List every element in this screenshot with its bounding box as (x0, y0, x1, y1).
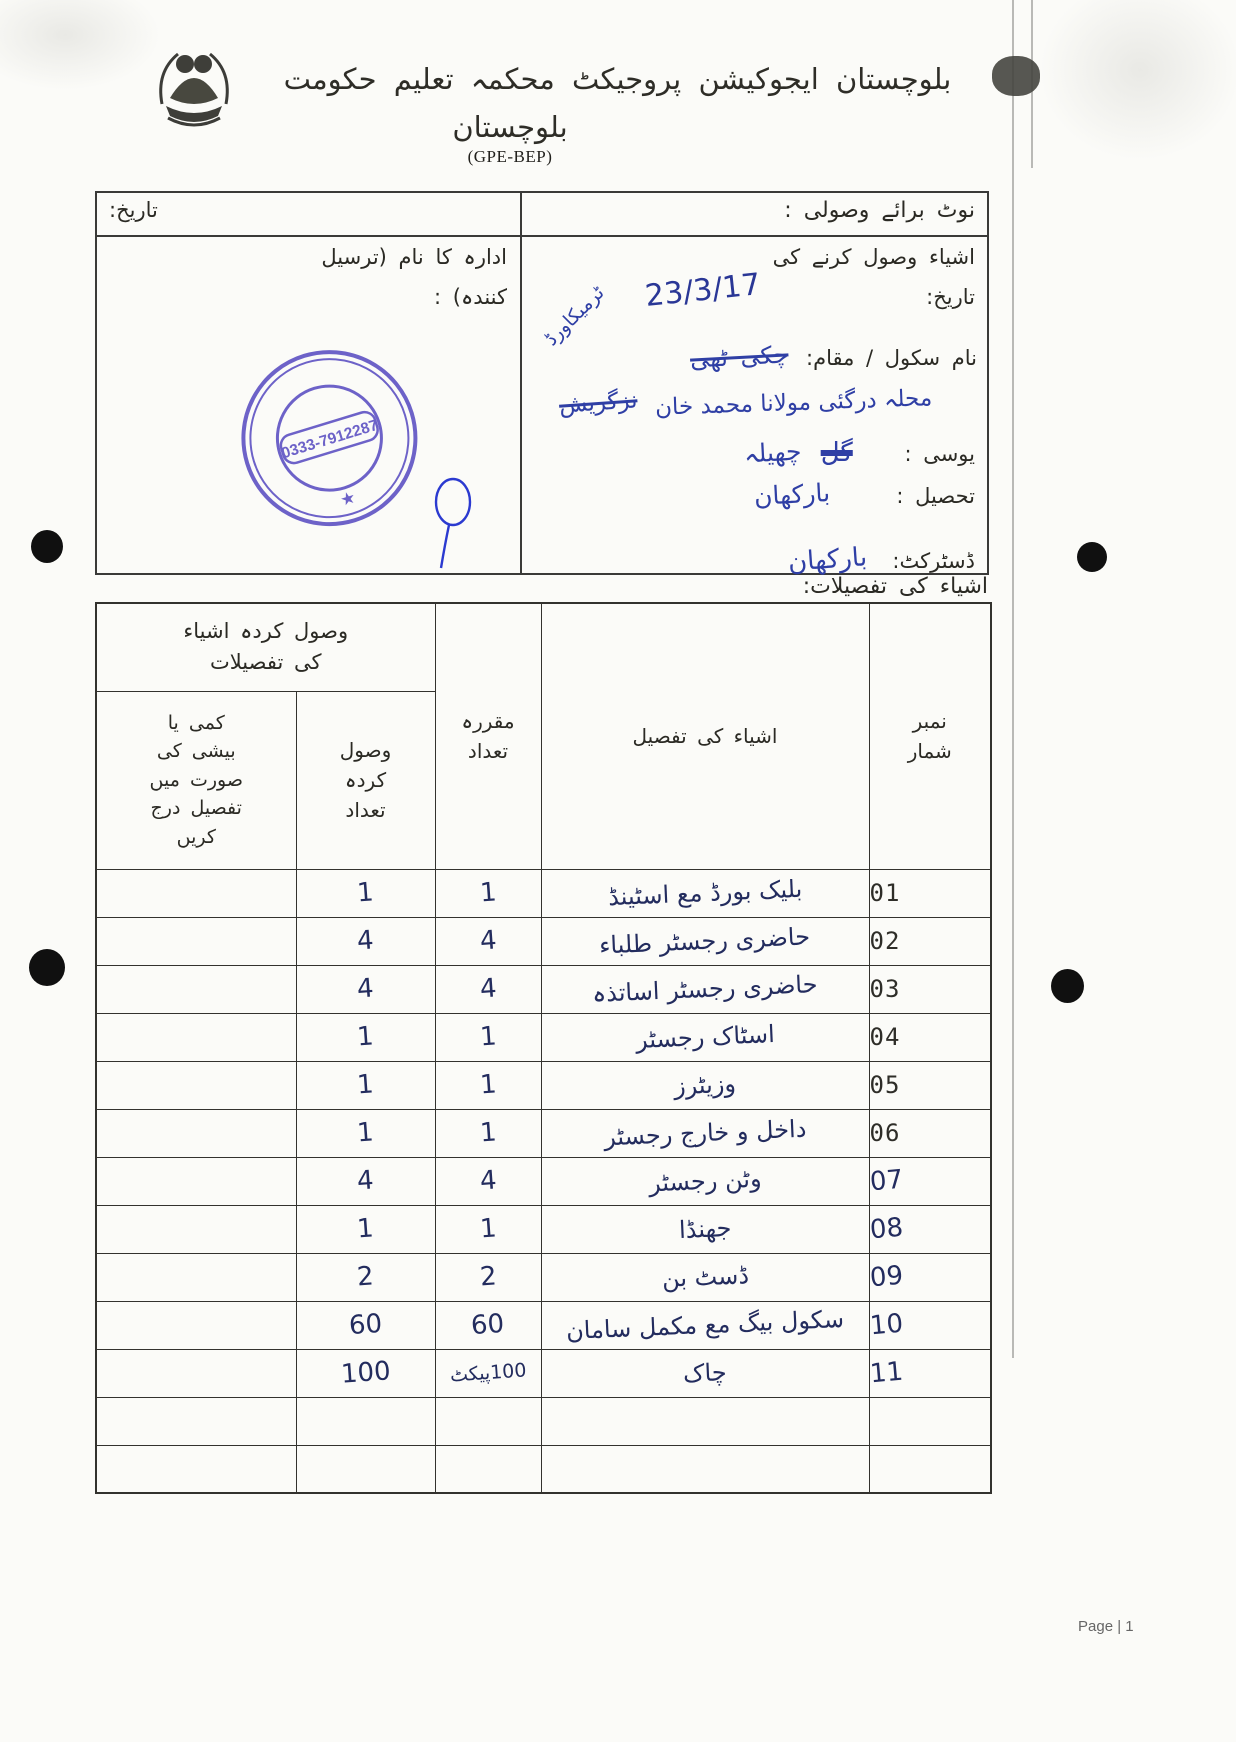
serial-cell (869, 1445, 991, 1493)
item-cell: حاضری رجسٹر اساتذہ (541, 965, 869, 1013)
remarks-cell (96, 917, 296, 965)
serial-cell: 06 (869, 1109, 991, 1157)
table-divider (520, 193, 522, 573)
punch-hole (29, 949, 65, 986)
fixed-qty-cell: 4 (435, 1157, 541, 1205)
pen-balloon-doodle (427, 476, 477, 575)
agency-label-line2: کنندہ) : (109, 285, 507, 309)
item-detail-header-cell: اشیاء کی تفصیل (541, 603, 869, 869)
table-divider (97, 235, 987, 237)
fixed-qty-handwriting: 1 (479, 1069, 498, 1100)
received-qty-cell: 2 (296, 1253, 435, 1301)
remarks-cell (96, 1301, 296, 1349)
item-handwriting: حاضری رجسٹر اساتذہ (592, 970, 819, 1008)
stamp-vendor-name: M. SADIQ & SONS (211, 357, 222, 383)
school-name-label: نام سکول / مقام: (806, 346, 977, 370)
received-qty-cell (296, 1445, 435, 1493)
received-qty-handwriting: 1 (356, 877, 375, 908)
fixed-qty-cell (435, 1397, 541, 1445)
table-row: 08 جھنڈا 1 1 (96, 1205, 991, 1253)
table-row: 03 حاضری رجسٹر اساتذہ 4 4 (96, 965, 991, 1013)
remarks-header-line3: صورت میں (97, 766, 296, 795)
remarks-cell (96, 1013, 296, 1061)
uc-label: یوسی : (904, 442, 975, 466)
received-qty-handwriting: 100 (340, 1356, 392, 1389)
table-row: 09 ڈسٹ بن 2 2 (96, 1253, 991, 1301)
fixed-qty-cell (435, 1445, 541, 1493)
serial-number-handwritten: 07 (868, 1165, 904, 1198)
table-row: 11 چاک 100پیکٹ 100 (96, 1349, 991, 1397)
fixed-qty-handwriting: 1 (479, 877, 498, 908)
item-cell: جھنڈا (541, 1205, 869, 1253)
item-cell: حاضری رجسٹر طلباء (541, 917, 869, 965)
received-qty-handwriting: 2 (356, 1261, 375, 1292)
fixed-qty-handwriting: 4 (479, 925, 498, 956)
scanned-receipt-document: بلوچستان ایجوکیشن پروجیکٹ محکمہ تعلیم حک… (0, 0, 1236, 1742)
serial-number: 02 (870, 927, 901, 955)
received-qty-cell: 1 (296, 1013, 435, 1061)
received-qty-handwriting: 1 (356, 1117, 375, 1148)
receive-date-handwritten: 23/3/17 (643, 267, 762, 314)
table-row: 07 وٹن رجسٹر 4 4 (96, 1157, 991, 1205)
scan-shading (1040, 0, 1236, 160)
item-cell: وٹن رجسٹر (541, 1157, 869, 1205)
receive-date-label-line2: تاریخ: (926, 285, 975, 309)
fixed-qty-cell: 1 (435, 1109, 541, 1157)
district-line: ڈسٹرکٹ: بارکھان (788, 545, 975, 575)
serial-cell: 04 (869, 1013, 991, 1061)
remarks-cell (96, 1445, 296, 1493)
received-qty-header-cell: وصول کردہ تعداد (296, 691, 435, 869)
district-label: ڈسٹرکٹ: (892, 549, 975, 573)
serial-number-handwritten: 10 (868, 1309, 904, 1342)
punch-hole (1077, 542, 1107, 572)
school-name-line: نام سکول / مقام: چکی ٹھی (690, 343, 977, 371)
item-handwriting: اسٹاک رجسٹر (635, 1020, 775, 1054)
serial-cell: 11 (869, 1349, 991, 1397)
receive-date-label-line1: اشیاء وصول کرنے کی (773, 245, 975, 269)
serial-cell: 05 (869, 1061, 991, 1109)
table-row (96, 1397, 991, 1445)
fixed-qty-header-cell: مقررہ تعداد (435, 603, 541, 869)
received-qty-cell: 1 (296, 869, 435, 917)
stamp-phone-number: 0333-7912287 (280, 417, 381, 462)
serial-cell: 08 (869, 1205, 991, 1253)
received-qty-cell: 1 (296, 1061, 435, 1109)
table-row: 01 بلیک بورڈ مع اسٹینڈ 1 1 (96, 869, 991, 917)
serial-cell: 07 (869, 1157, 991, 1205)
scan-shading (0, 0, 160, 90)
document-title-line1: بلوچستان ایجوکیشن پروجیکٹ محکمہ تعلیم حک… (225, 62, 1010, 96)
remarks-cell (96, 1349, 296, 1397)
received-items-group-header: وصول کردہ اشیاء کی تفصیلات (96, 603, 435, 691)
item-handwriting: ڈسٹ بن (661, 1261, 749, 1293)
fixed-qty-handwriting: 1 (479, 1021, 498, 1052)
remarks-cell (96, 1205, 296, 1253)
remarks-header-line4: تفصیل درج (97, 794, 296, 823)
fixed-qty-handwriting: 1 (479, 1213, 498, 1244)
school-name-crossed-handwriting: چکی ٹھی (689, 340, 789, 373)
remarks-cell (96, 869, 296, 917)
item-handwriting: سکول بیگ مع مکمل سامان (565, 1305, 844, 1345)
tehsil-label: تحصیل : (896, 484, 975, 508)
scan-edge-line (1012, 0, 1014, 1358)
serial-number: 05 (870, 1071, 901, 1099)
fixed-qty-handwriting: 100پیکٹ (449, 1359, 527, 1386)
serial-cell: 03 (869, 965, 991, 1013)
received-qty-cell: 4 (296, 917, 435, 965)
serial-number: 01 (870, 879, 901, 907)
date-label: تاریخ: (109, 198, 507, 222)
fixed-qty-cell: 1 (435, 1013, 541, 1061)
received-qty-cell: 1 (296, 1109, 435, 1157)
uc-crossed-scribble: گل (821, 438, 853, 468)
received-qty-handwriting: 4 (356, 1165, 375, 1196)
item-cell: داخل و خارج رجسٹر (541, 1109, 869, 1157)
group-header-line1: وصول کردہ اشیاء (97, 616, 435, 648)
receipt-info-table: نوٹ برائے وصولی : تاریخ: اشیاء وصول کرنے… (95, 191, 989, 575)
tehsil-value-handwriting: بارکھان (753, 478, 830, 511)
school-location-crossed: نزگریش (558, 387, 638, 418)
fixed-qty-cell: 4 (435, 965, 541, 1013)
serial-number: 04 (870, 1023, 901, 1051)
remarks-cell (96, 1253, 296, 1301)
diagonal-handwritten-note: ٹرمیکاورڈ (540, 282, 608, 350)
received-qty-cell: 4 (296, 1157, 435, 1205)
item-handwriting: بلیک بورڈ مع اسٹینڈ (607, 875, 802, 911)
serial-header-line1: نمبر (870, 706, 991, 736)
uc-value-handwriting: چھیلہ (743, 437, 802, 469)
items-details-section-title: اشیاء کی تفصیلات: (803, 574, 988, 599)
item-handwriting: وزیٹرز (673, 1070, 736, 1101)
serial-number-handwritten: 11 (868, 1357, 904, 1390)
serial-number-handwritten: 08 (868, 1213, 904, 1246)
fixed-qty-header-line2: تعداد (436, 736, 541, 766)
table-row: 04 اسٹاک رجسٹر 1 1 (96, 1013, 991, 1061)
item-cell: سکول بیگ مع مکمل سامان (541, 1301, 869, 1349)
item-handwriting: جھنڈا (678, 1214, 732, 1244)
item-cell: اسٹاک رجسٹر (541, 1013, 869, 1061)
remarks-cell (96, 965, 296, 1013)
project-acronym: (GPE-BEP) (300, 147, 720, 167)
serial-cell: 10 (869, 1301, 991, 1349)
table-row: 05 وزیٹرز 1 1 (96, 1061, 991, 1109)
fixed-qty-cell: 2 (435, 1253, 541, 1301)
remarks-header-line2: بیشی کی (97, 737, 296, 766)
svg-text:M. SADIQ & SONS: M. SADIQ & SONS (211, 357, 222, 383)
received-qty-handwriting: 1 (356, 1213, 375, 1244)
group-header-line2: کی تفصیلات (97, 647, 435, 679)
remarks-header-line1: کمی یا (97, 709, 296, 738)
item-handwriting: وٹن رجسٹر (648, 1165, 762, 1198)
note-for-receipt-label: نوٹ برائے وصولی : (784, 198, 975, 223)
fixed-qty-handwriting: 4 (479, 973, 498, 1004)
punch-hole (1051, 969, 1084, 1003)
item-handwriting: داخل و خارج رجسٹر (603, 1115, 806, 1152)
table-row (96, 1445, 991, 1493)
remarks-cell (96, 1397, 296, 1445)
item-cell: وزیٹرز (541, 1061, 869, 1109)
fixed-qty-cell: 60 (435, 1301, 541, 1349)
item-cell (541, 1445, 869, 1493)
school-location-line: محلہ درگئی مولانا محمد خان نزگریش (559, 390, 932, 416)
fixed-qty-cell: 4 (435, 917, 541, 965)
item-handwriting: حاضری رجسٹر طلباء (599, 922, 811, 959)
fixed-qty-cell: 1 (435, 869, 541, 917)
received-qty-handwriting: 1 (356, 1069, 375, 1100)
fixed-qty-handwriting: 4 (479, 1165, 498, 1196)
punch-hole (31, 530, 63, 563)
item-cell: چاک (541, 1349, 869, 1397)
received-qty-cell: 60 (296, 1301, 435, 1349)
remarks-cell (96, 1061, 296, 1109)
received-qty-handwriting: 60 (348, 1309, 383, 1341)
serial-cell: 02 (869, 917, 991, 965)
remarks-cell (96, 1157, 296, 1205)
fixed-qty-header-line1: مقررہ (436, 706, 541, 736)
item-cell: بلیک بورڈ مع اسٹینڈ (541, 869, 869, 917)
page-number: Page | 1 (1078, 1618, 1134, 1635)
district-value-handwriting: بارکھان (787, 542, 868, 577)
table-row: 02 حاضری رجسٹر طلباء 4 4 (96, 917, 991, 965)
remarks-cell (96, 1109, 296, 1157)
received-qty-cell: 4 (296, 965, 435, 1013)
remarks-header-line5: کریں (97, 823, 296, 852)
received-qty-header-line1: وصول (297, 735, 435, 765)
serial-cell (869, 1397, 991, 1445)
serial-number: 03 (870, 975, 901, 1003)
tehsil-line: تحصیل : بارکھان (754, 480, 975, 509)
items-table: نمبر شمار اشیاء کی تفصیل مقررہ تعداد وصو… (95, 602, 992, 1494)
received-qty-cell: 100 (296, 1349, 435, 1397)
serial-header-line2: شمار (870, 736, 991, 766)
received-qty-handwriting: 4 (356, 925, 375, 956)
fixed-qty-handwriting: 2 (479, 1261, 498, 1292)
received-qty-header-line2: کردہ (297, 765, 435, 795)
table-row: 10 سکول بیگ مع مکمل سامان 60 60 (96, 1301, 991, 1349)
table-row: 06 داخل و خارج رجسٹر 1 1 (96, 1109, 991, 1157)
serial-number: 06 (870, 1119, 901, 1147)
remarks-header-cell: کمی یا بیشی کی صورت میں تفصیل درج کریں (96, 691, 296, 869)
serial-header-cell: نمبر شمار (869, 603, 991, 869)
fixed-qty-cell: 1 (435, 1061, 541, 1109)
serial-cell: 09 (869, 1253, 991, 1301)
received-qty-header-line3: تعداد (297, 795, 435, 825)
item-cell (541, 1397, 869, 1445)
item-handwriting: چاک (683, 1358, 728, 1388)
received-qty-cell (296, 1397, 435, 1445)
school-location-handwriting: محلہ درگئی مولانا محمد خان (654, 385, 932, 421)
received-qty-handwriting: 1 (356, 1021, 375, 1052)
serial-cell: 01 (869, 869, 991, 917)
fixed-qty-cell: 100پیکٹ (435, 1349, 541, 1397)
fixed-qty-handwriting: 1 (479, 1117, 498, 1148)
fixed-qty-cell: 1 (435, 1205, 541, 1253)
document-title-line2: بلوچستان (300, 110, 720, 144)
received-qty-cell: 1 (296, 1205, 435, 1253)
fixed-qty-handwriting: 60 (470, 1309, 505, 1341)
agency-label-line1: ادارہ کا نام (ترسیل (109, 245, 507, 269)
stamp-star-icon: ★ (338, 487, 358, 511)
uc-line: یوسی : گل چھیلہ (744, 438, 975, 468)
vendor-stamp: M. SADIQ & SONS 0333-7912287 ★ (211, 319, 449, 560)
serial-number-handwritten: 09 (868, 1261, 904, 1294)
received-qty-handwriting: 4 (356, 973, 375, 1004)
item-cell: ڈسٹ بن (541, 1253, 869, 1301)
